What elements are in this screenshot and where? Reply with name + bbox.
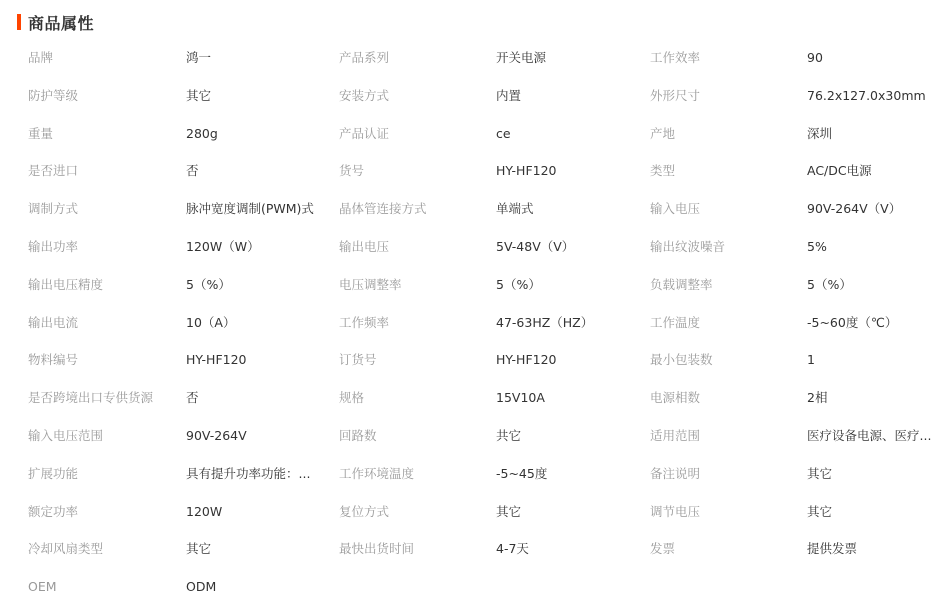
attribute-value: 鸿一	[186, 46, 326, 70]
attribute-label: 晶体管连接方式	[339, 197, 489, 221]
attribute-value: 5%	[807, 235, 943, 259]
attribute-value: 120W	[186, 500, 326, 524]
attribute-label: 输出纹波噪音	[650, 235, 800, 259]
attribute-value: 1	[807, 348, 943, 372]
attribute-row: 扩展功能具有提升功率功能：...工作环境温度-5~45度备注说明其它	[0, 462, 943, 500]
attribute-value: 120W（W）	[186, 235, 326, 259]
attribute-label: 品牌	[28, 46, 178, 70]
attribute-value: HY-HF120	[496, 348, 641, 372]
attribute-label: 输入电压范围	[28, 424, 178, 448]
attribute-label: 是否跨境出口专供货源	[28, 386, 178, 410]
attribute-value: 脉冲宽度调制(PWM)式	[186, 197, 326, 221]
attribute-value: 否	[186, 159, 326, 183]
attribute-value: 90V-264V（V）	[807, 197, 943, 221]
attribute-value: -5~45度	[496, 462, 641, 486]
attribute-label: 类型	[650, 159, 800, 183]
attribute-label: 输出电压	[339, 235, 489, 259]
attribute-value: 47-63HZ（HZ）	[496, 311, 641, 335]
attribute-row: 输出电压精度5（%）电压调整率5（%）负载调整率5（%）	[0, 273, 943, 311]
attribute-label: 产品系列	[339, 46, 489, 70]
attribute-row: 冷却风扇类型其它最快出货时间4-7天发票提供发票	[0, 537, 943, 575]
attribute-label: 最快出货时间	[339, 537, 489, 561]
attribute-value: 其它	[807, 462, 943, 486]
attribute-value: 5（%）	[496, 273, 641, 297]
attribute-value: 280g	[186, 122, 326, 146]
attribute-value: 单端式	[496, 197, 641, 221]
attribute-value: 其它	[807, 500, 943, 524]
attribute-value: ce	[496, 122, 641, 146]
attribute-value: 否	[186, 386, 326, 410]
attribute-value: 5（%）	[186, 273, 326, 297]
attribute-label: 工作温度	[650, 311, 800, 335]
attribute-value: 5V-48V（V）	[496, 235, 641, 259]
attribute-label: 货号	[339, 159, 489, 183]
attribute-value: 其它	[186, 537, 326, 561]
attribute-row: 输入电压范围90V-264V回路数共它适用范围医疗设备电源、医疗...	[0, 424, 943, 462]
attribute-label: 产品认证	[339, 122, 489, 146]
attribute-value: 76.2x127.0x30mm	[807, 84, 943, 108]
attribute-value: 共它	[496, 424, 641, 448]
attribute-row: 防护等级其它安装方式内置外形尺寸76.2x127.0x30mm	[0, 84, 943, 122]
attribute-label: 工作环境温度	[339, 462, 489, 486]
attribute-label: 电源相数	[650, 386, 800, 410]
attribute-value: 90	[807, 46, 943, 70]
attribute-label: 输出功率	[28, 235, 178, 259]
attribute-label: 规格	[339, 386, 489, 410]
attribute-value: HY-HF120	[496, 159, 641, 183]
attribute-label: 冷却风扇类型	[28, 537, 178, 561]
attribute-value: HY-HF120	[186, 348, 326, 372]
attribute-value: -5~60度（℃）	[807, 311, 943, 335]
attribute-table: 品牌鸿一产品系列开关电源工作效率90防护等级其它安装方式内置外形尺寸76.2x1…	[0, 46, 943, 612]
attribute-row: 是否跨境出口专供货源否规格15V10A电源相数2相	[0, 386, 943, 424]
attribute-row: 调制方式脉冲宽度调制(PWM)式晶体管连接方式单端式输入电压90V-264V（V…	[0, 197, 943, 235]
attribute-label: 输入电压	[650, 197, 800, 221]
attribute-label: 电压调整率	[339, 273, 489, 297]
attribute-label: 防护等级	[28, 84, 178, 108]
attribute-label: OEM	[28, 575, 178, 599]
attribute-label: 输出电压精度	[28, 273, 178, 297]
attribute-row: OEMODM	[0, 575, 943, 612]
attribute-label: 是否进口	[28, 159, 178, 183]
attribute-value: 15V10A	[496, 386, 641, 410]
attribute-row: 是否进口否货号HY-HF120类型AC/DC电源	[0, 159, 943, 197]
attribute-label: 外形尺寸	[650, 84, 800, 108]
section-header: 商品属性	[17, 11, 94, 33]
attribute-label: 扩展功能	[28, 462, 178, 486]
attribute-label: 重量	[28, 122, 178, 146]
attribute-label: 负载调整率	[650, 273, 800, 297]
attribute-label: 订货号	[339, 348, 489, 372]
attribute-label: 安装方式	[339, 84, 489, 108]
attribute-label: 发票	[650, 537, 800, 561]
attribute-value: 其它	[496, 500, 641, 524]
attribute-label: 回路数	[339, 424, 489, 448]
attribute-label: 调制方式	[28, 197, 178, 221]
attribute-value: 10（A）	[186, 311, 326, 335]
attribute-label: 复位方式	[339, 500, 489, 524]
section-title: 商品属性	[28, 11, 94, 34]
attribute-value: 提供发票	[807, 537, 943, 561]
attribute-value: 具有提升功率功能：...	[186, 462, 326, 486]
attribute-label: 工作效率	[650, 46, 800, 70]
attribute-row: 额定功率120W复位方式其它调节电压其它	[0, 500, 943, 538]
attribute-row: 输出功率120W（W）输出电压5V-48V（V）输出纹波噪音5%	[0, 235, 943, 273]
attribute-row: 品牌鸿一产品系列开关电源工作效率90	[0, 46, 943, 84]
attribute-value: 开关电源	[496, 46, 641, 70]
attribute-label: 最小包装数	[650, 348, 800, 372]
attribute-label: 物料编号	[28, 348, 178, 372]
attribute-label: 调节电压	[650, 500, 800, 524]
attribute-value: 2相	[807, 386, 943, 410]
attribute-value: 医疗设备电源、医疗...	[807, 424, 943, 448]
attribute-row: 输出电流10（A）工作频率47-63HZ（HZ）工作温度-5~60度（℃）	[0, 311, 943, 349]
attribute-label: 额定功率	[28, 500, 178, 524]
attribute-value: 深圳	[807, 122, 943, 146]
attribute-label: 产地	[650, 122, 800, 146]
attribute-value: ODM	[186, 575, 326, 599]
attribute-label: 输出电流	[28, 311, 178, 335]
attribute-value: 5（%）	[807, 273, 943, 297]
attribute-label: 适用范围	[650, 424, 800, 448]
attribute-value: AC/DC电源	[807, 159, 943, 183]
attribute-label: 工作频率	[339, 311, 489, 335]
accent-bar	[17, 14, 21, 30]
attribute-row: 重量280g产品认证ce产地深圳	[0, 122, 943, 160]
attribute-value: 4-7天	[496, 537, 641, 561]
attribute-row: 物料编号HY-HF120订货号HY-HF120最小包装数1	[0, 348, 943, 386]
attribute-label: 备注说明	[650, 462, 800, 486]
attribute-value: 90V-264V	[186, 424, 326, 448]
attribute-value: 其它	[186, 84, 326, 108]
attribute-value: 内置	[496, 84, 641, 108]
